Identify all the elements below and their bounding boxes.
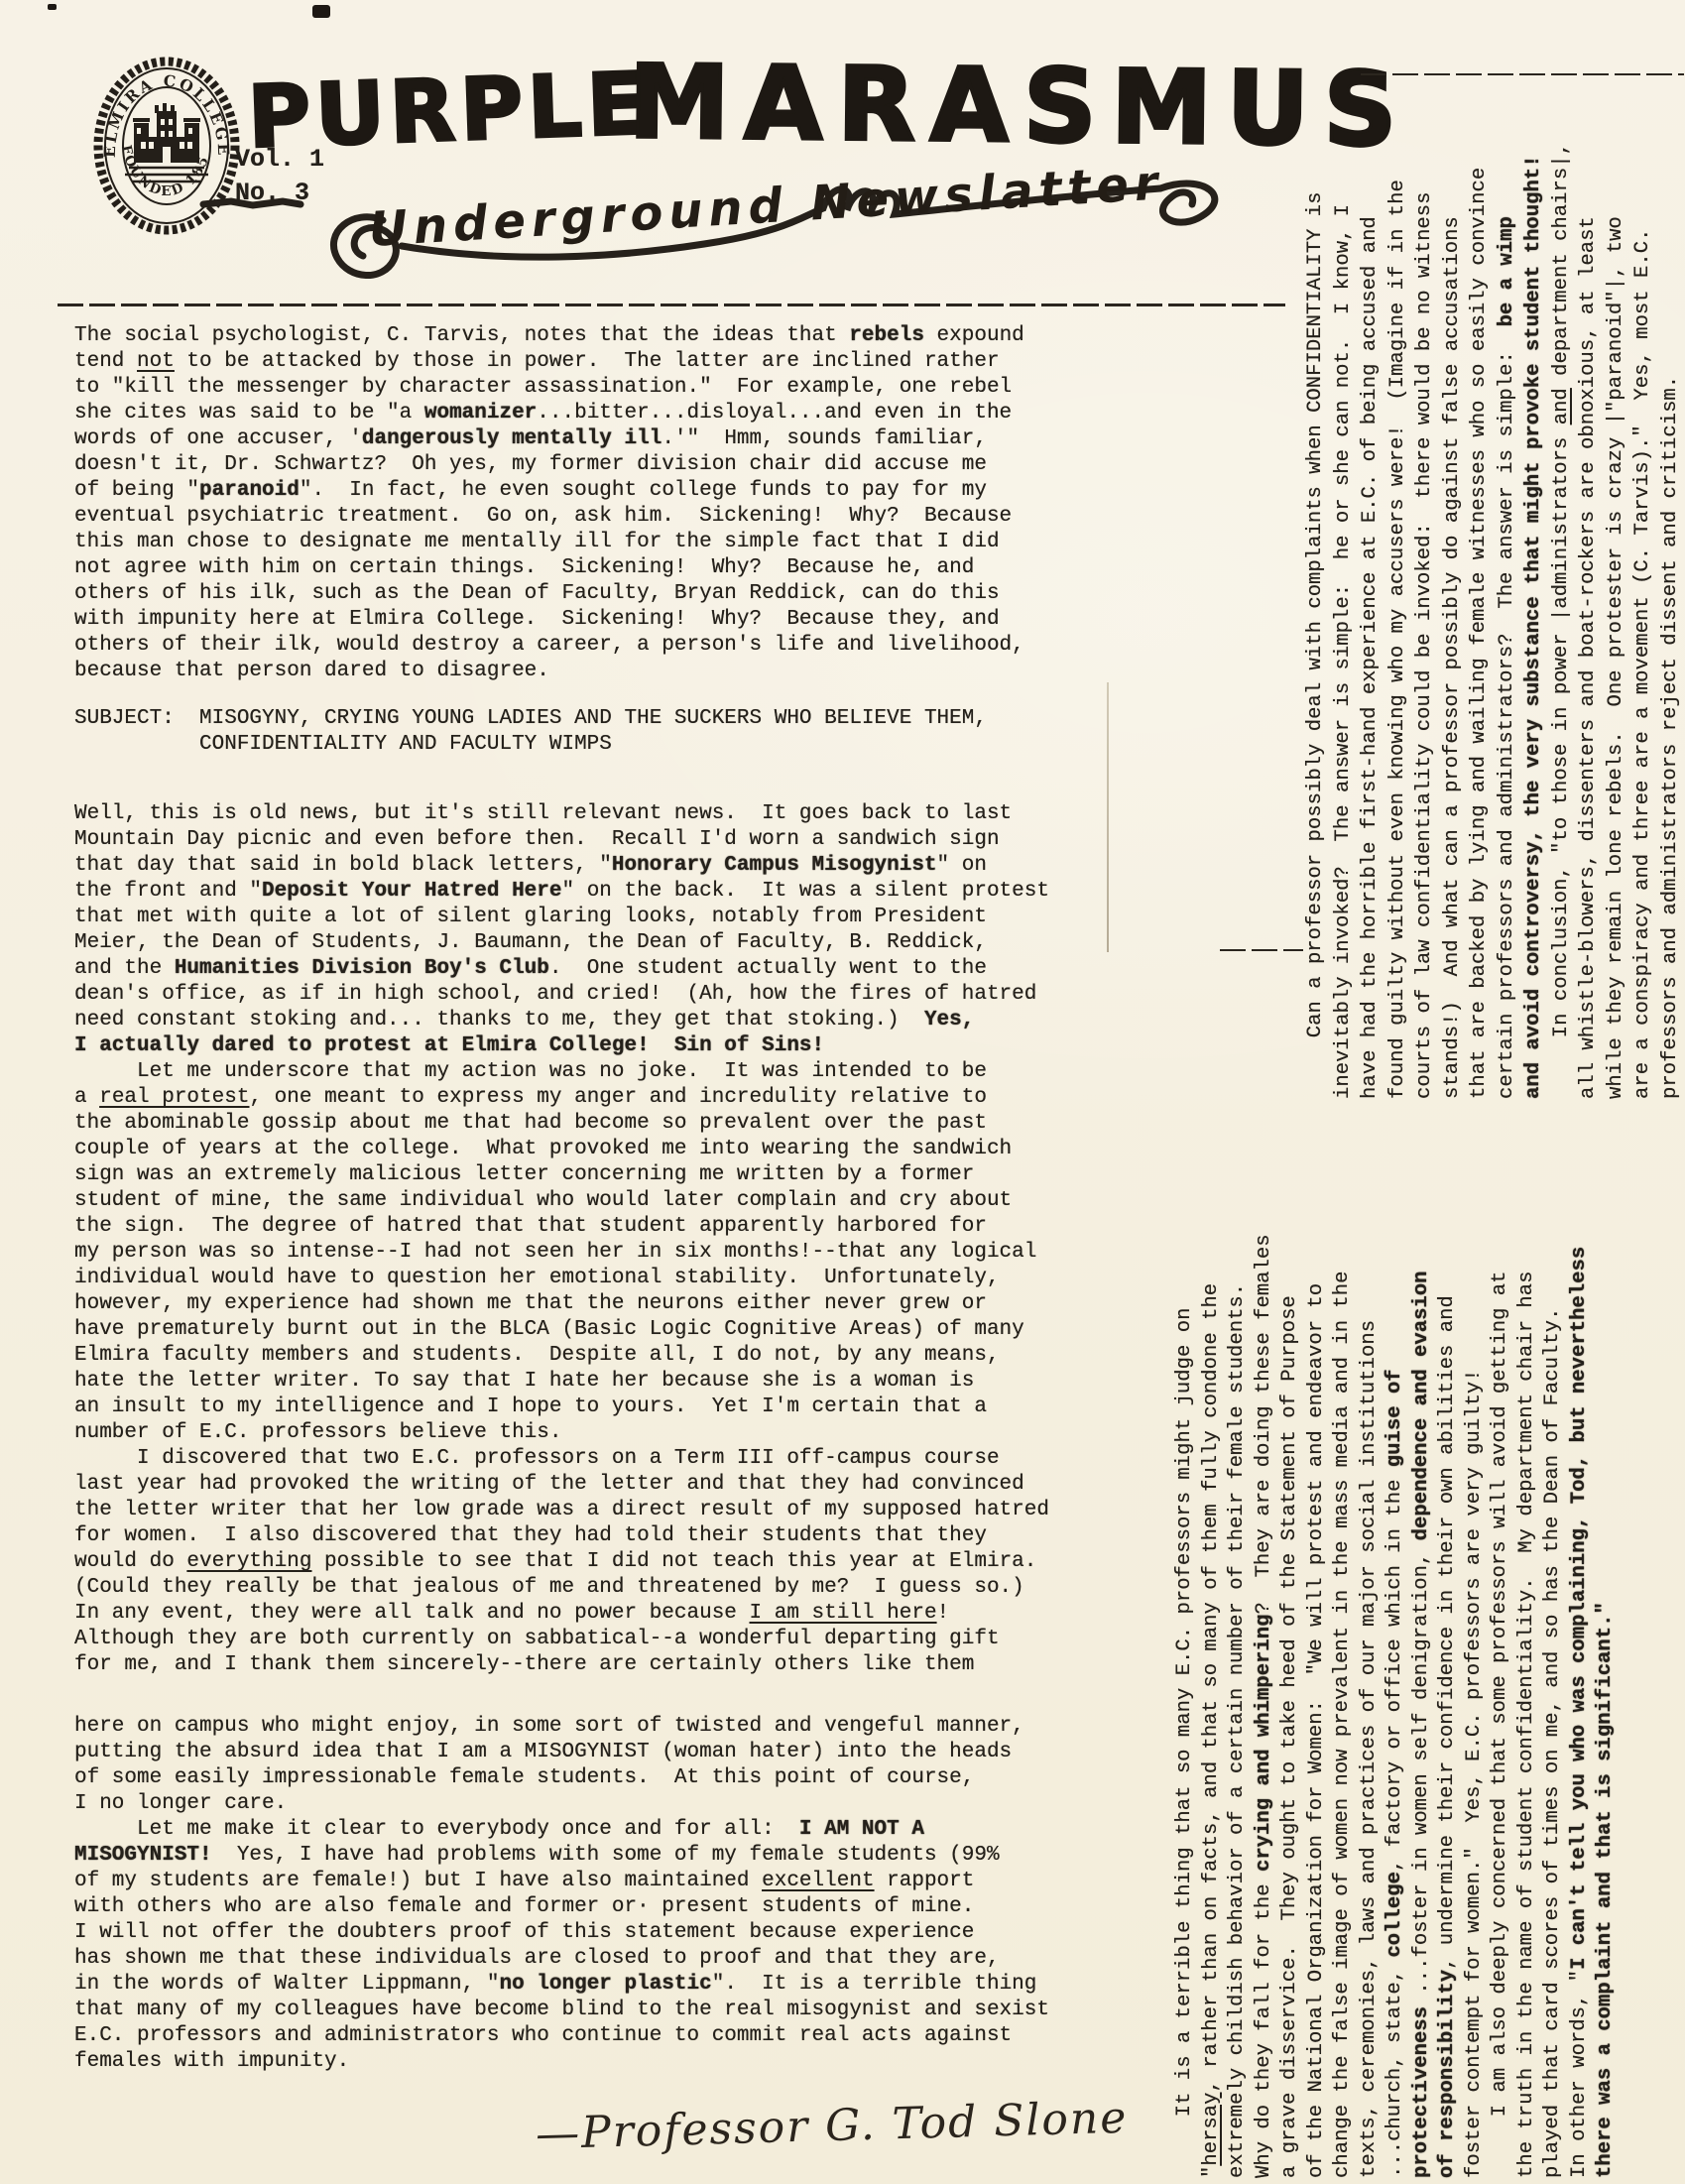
margin-note-mid-rule: [1220, 949, 1303, 951]
margin-note-top-rule: [1361, 73, 1684, 75]
pasted-clipping-edge: [1107, 682, 1109, 952]
article-main-paragraphs: Well, this is old news, but it's still r…: [74, 801, 1049, 1678]
article-intro-paragraph: The social psychologist, C. Tarvis, note…: [74, 323, 1049, 684]
scan-artifact-mark: [48, 4, 57, 10]
signature-handwritten: —Professor G. Tod Slone: [535, 2093, 1129, 2160]
newsletter-page: ELMIRA COLLEGE FOUNDED 1855 PURPLE MARAS…: [0, 0, 1685, 2184]
issue-label: No. 3: [235, 181, 309, 206]
margin-note-confidentiality: Can a professor possibly deal with compl…: [1302, 93, 1684, 1099]
article-column: The social psychologist, C. Tarvis, note…: [74, 323, 1049, 2075]
volume-label: Vol. 1: [235, 147, 324, 173]
article-subject-line: SUBJECT: MISOGYNY, CRYING YOUNG LADIES A…: [74, 706, 1049, 758]
header-rule: [58, 303, 1285, 306]
article-closing-paragraphs: here on campus who might enjoy, in some …: [74, 1714, 1049, 2075]
margin-note-hearsay: It is a terrible thing that so many E.C.…: [1172, 1099, 1620, 2178]
scan-artifact-mark: [312, 5, 330, 18]
